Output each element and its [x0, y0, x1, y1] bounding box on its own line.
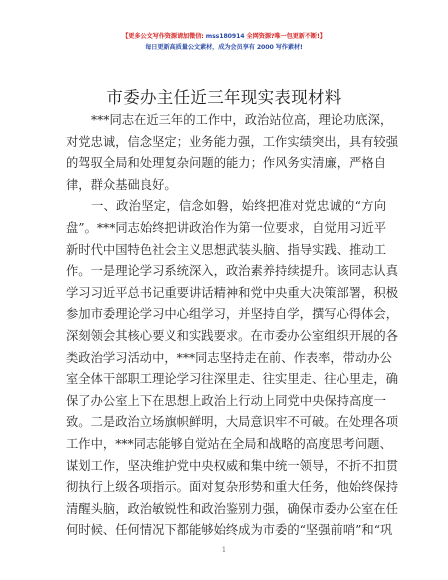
paragraph-line: ***同志在近三年的工作中，政治站位高，理论功底深，: [66, 110, 386, 132]
paragraph-line: 对党忠诚，信念坚定；业务能力强，工作实绩突出，具有较强: [66, 132, 386, 154]
paragraph-line: 致。二是政治立场旗帜鲜明，大局意识牢不可破。在处理各项: [66, 412, 386, 434]
document-body: ***同志在近三年的工作中，政治站位高，理论功底深， 对党忠诚，信念坚定；业务能…: [66, 110, 386, 542]
paragraph-line: 谋划工作，坚决维护党中央权威和集中统一领导，不折不扣贯: [66, 456, 386, 478]
section-heading-line: 一、政治坚定，信念如磐，始终把准对党忠诚的“方向: [66, 196, 386, 218]
paragraph-line: 类政治学习活动中，***同志坚持走在前、作表率，带动办公: [66, 348, 386, 370]
document-title: 市委办主任近三年现实表现材料: [0, 84, 448, 108]
paragraph-line: 工作中，***同志能够自觉站在全局和战略的高度思考问题、: [66, 434, 386, 456]
promo-banner-line1: 【更多公文写作资源请加微信: mss180914 全网资源?唯一包更新不断!】: [0, 31, 448, 40]
paragraph-line: 深刻领会其核心要义和实践要求。在市委办公室组织开展的各: [66, 326, 386, 348]
paragraph-line: 室全体干部职工理论学习往深里走、往实里走、往心里走，确: [66, 369, 386, 391]
promo-wechat-id: mss180914: [206, 33, 245, 40]
promo-text-a: 【更多公文写作资源请加微信:: [122, 33, 206, 40]
promo-banner-line2: 每日更新高质量公文素材，成为会员享有 2000 写作素材!: [0, 42, 448, 51]
paragraph-line: 参加市委理论学习中心组学习，并坚持自学，撰写心得体会，: [66, 304, 386, 326]
paragraph-line: 的驾驭全局和处理复杂问题的能力；作风务实清廉，严格自: [66, 153, 386, 175]
paragraph-line: 作。一是理论学习系统深入，政治素养持续提升。该同志认真: [66, 261, 386, 283]
page-number: 1: [0, 546, 448, 554]
paragraph-line: 保了办公室上下在思想上政治上行动上同党中央保持高度一: [66, 391, 386, 413]
paragraph-line: 彻执行上级各项指示。面对复杂形势和重大任务，他始终保持: [66, 477, 386, 499]
paragraph-line: 何时候、任何情况下都能够始终成为市委的“坚强前哨”和“巩: [66, 520, 386, 542]
paragraph-line: 学习习近平总书记重要讲话精神和党中央重大决策部署，积极: [66, 283, 386, 305]
document-page: 【更多公文写作资源请加微信: mss180914 全网资源?唯一包更新不断!】 …: [0, 0, 448, 580]
paragraph-line: 清醒头脑，政治敏锐性和政治鉴别力强，确保市委办公室在任: [66, 499, 386, 521]
promo-text-b: 全网资源?唯一包更新不断!】: [245, 33, 326, 40]
paragraph-line: 盘”。***同志始终把讲政治作为第一位要求，自觉用习近平: [66, 218, 386, 240]
paragraph-line: 律，群众基础良好。: [66, 175, 386, 197]
paragraph-line: 新时代中国特色社会主义思想武装头脑、指导实践、推动工: [66, 240, 386, 262]
